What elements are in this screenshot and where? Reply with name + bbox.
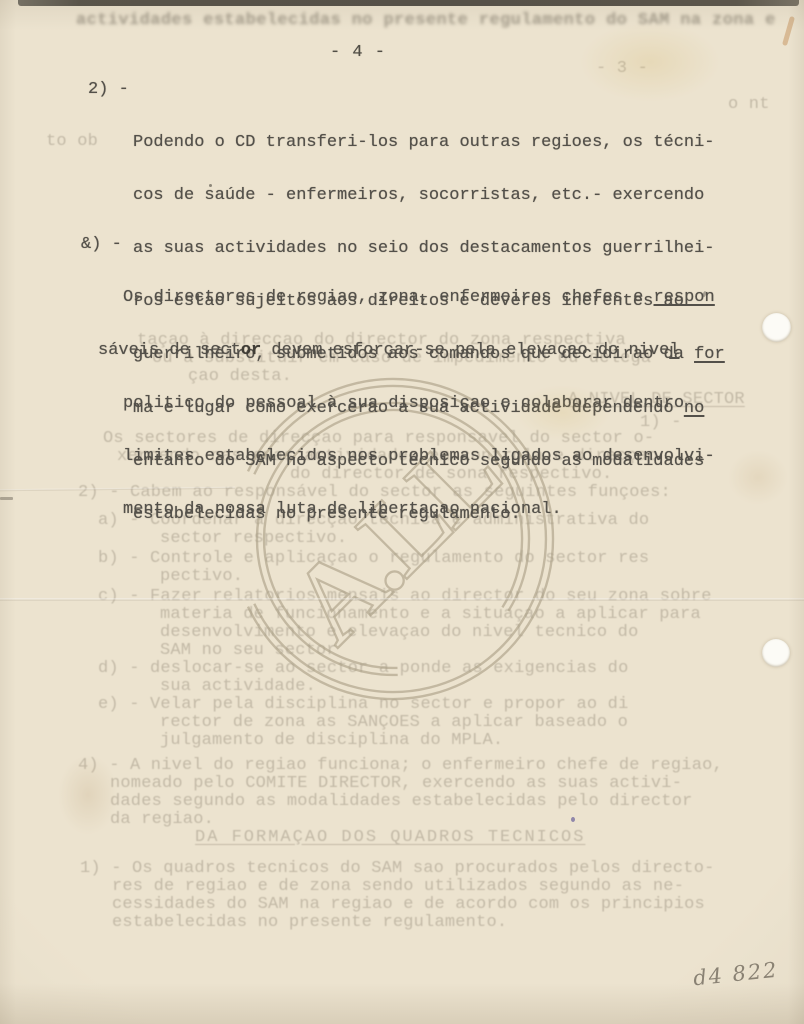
punch-hole-bottom: [762, 639, 790, 667]
text-line: mento da nossa luta de libertaçao nacion…: [123, 501, 715, 519]
ghost-line: DA FORMAÇAO DOS QUADROS TECNICOS: [195, 829, 585, 847]
paragraph-amp: &) - Os directores de regiao, zona, enfe…: [81, 236, 715, 555]
text-line: Podendo o CD transferi-los para outras r…: [133, 134, 725, 152]
ghost-line: res de regiao e de zona sendo utilizados…: [112, 878, 684, 896]
ghost-line: o nt: [728, 96, 770, 114]
ghost-line: dades segundo as modalidades estabelecid…: [110, 793, 693, 811]
ghost-bleed-band: actividades estabelecidas no presente re…: [76, 11, 776, 30]
fold-crease: [0, 598, 804, 601]
ghost-page-number: - 3 -: [596, 60, 648, 78]
page-number: - 4 -: [330, 43, 386, 62]
text-line: politico do pessoal à sua disposiçao e c…: [123, 395, 715, 413]
ghost-line: nomeado pelo COMITE DIRECTOR, exercendo …: [110, 775, 682, 793]
paper-speck: [209, 184, 212, 187]
ghost-line: julgamento de disciplina do MPLA.: [160, 732, 503, 750]
text-line: cos de saúde - enfermeiros, socorristas,…: [133, 187, 725, 205]
text-line: Os directores de regiao, zona, enfermeir…: [123, 289, 715, 307]
scan-edge-strip: [18, 0, 799, 6]
ghost-line: cessidades do SAM na regiao e de acordo …: [112, 896, 705, 914]
ink-speck: [571, 817, 575, 822]
text-line: sáveis de sector devem esforçar-se pela …: [98, 342, 715, 360]
list-marker: 2) -: [88, 81, 129, 99]
ghost-line: estabelecidas no presente regulamento.: [112, 914, 507, 932]
paper-stain: [728, 450, 788, 505]
punch-hole-top: [762, 313, 791, 342]
ghost-line: 1) - Os quadros tecnicos do SAM sao proc…: [80, 860, 715, 878]
handwritten-number: d4 822: [692, 958, 780, 991]
text-line: limites estabelecidos nos problemas liga…: [123, 448, 715, 466]
document-page: actividades estabelecidas no presente re…: [0, 0, 804, 1024]
paper-mark: [782, 16, 795, 46]
paper-mark: [0, 497, 13, 500]
ghost-line: 4) - A nivel do regiao funciona; o enfer…: [78, 757, 723, 775]
ghost-line: da regiao.: [110, 811, 214, 829]
list-marker: &) -: [81, 236, 122, 254]
